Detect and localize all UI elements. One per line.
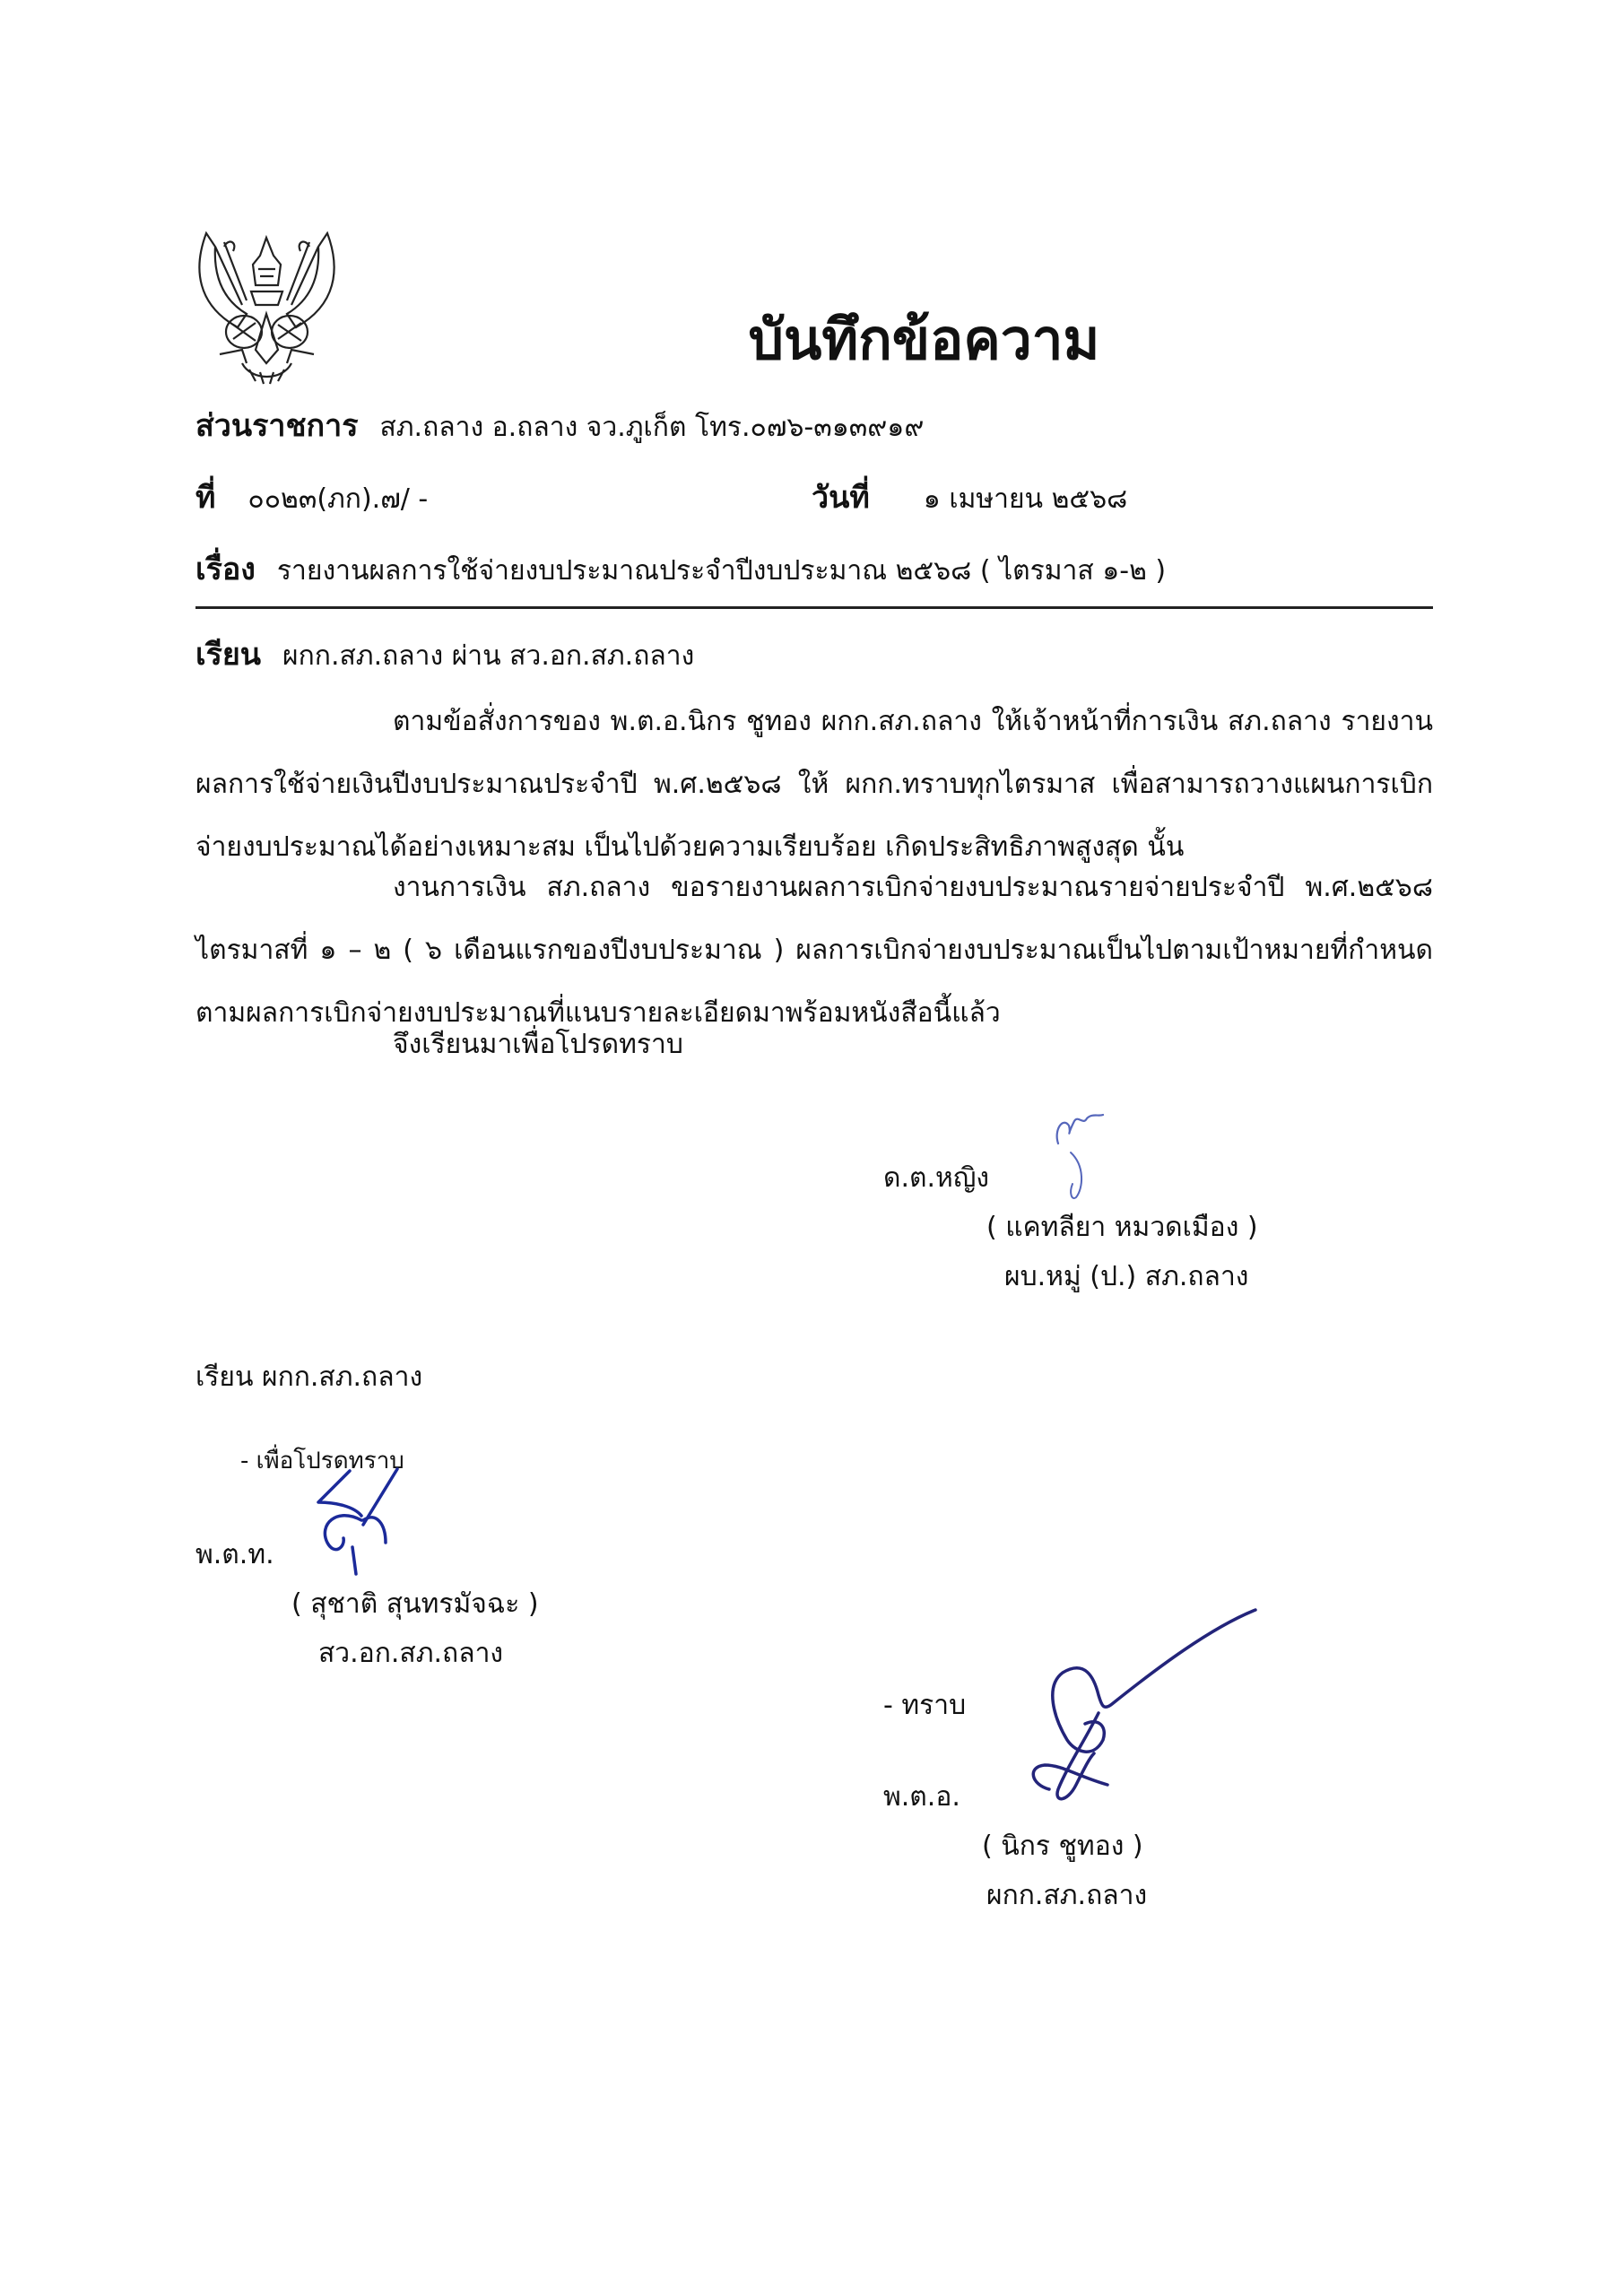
endorsement1-position: สว.อก.สภ.ถลาง (318, 1632, 503, 1674)
header-divider (195, 606, 1433, 609)
agency-value: สภ.ถลาง อ.ถลาง จว.ภูเก็ต โทร.๐๗๖-๓๑๓๙๑๙ (379, 412, 924, 443)
endorsement2-position: ผกก.สภ.ถลาง (986, 1874, 1147, 1917)
body-paragraph-1: ตามข้อสั่งการของ พ.ต.อ.นิกร ชูทอง ผกก.สภ… (195, 691, 1433, 879)
page-title: บันทึกข้อความ (0, 296, 1624, 384)
reference-label: ที่ (195, 480, 215, 516)
salutation-label: เรียน (195, 637, 261, 673)
salutation-value: ผกก.สภ.ถลาง ผ่าน สว.อก.สภ.ถลาง (282, 640, 694, 672)
signer1-name: ( แคทลียา หมวดเมือง ) (986, 1206, 1258, 1248)
endorsement2-name: ( นิกร ชูทอง ) (982, 1825, 1143, 1867)
body-paragraph-closing: จึงเรียนมาเพื่อโปรดทราบ (195, 1013, 1433, 1076)
endorsement2-note: - ทราบ (883, 1684, 966, 1726)
reference-line: ที่๐๐๒๓(ภก).๗/ - (195, 473, 428, 521)
date-value: ๑ เมษายน ๒๕๖๘ (924, 483, 1128, 515)
subject-label: เรื่อง (195, 552, 256, 587)
endorsement1-rank: พ.ต.ท. (195, 1534, 274, 1576)
date-line: วันที่๑ เมษายน ๒๕๖๘ (812, 473, 1127, 521)
salutation-line: เรียนผกก.สภ.ถลาง ผ่าน สว.อก.สภ.ถลาง (195, 630, 694, 678)
agency-line: ส่วนราชการสภ.ถลาง อ.ถลาง จว.ภูเก็ต โทร.๐… (195, 401, 924, 449)
signer1-position: ผบ.หมู่ (ป.) สภ.ถลาง (1004, 1256, 1248, 1298)
subject-line: เรื่องรายงานผลการใช้จ่ายงบประมาณประจำปีง… (195, 544, 1166, 593)
endorsement2-rank: พ.ต.อ. (883, 1776, 960, 1818)
subject-value: รายงานผลการใช้จ่ายงบประมาณประจำปีงบประมา… (277, 555, 1166, 587)
reference-value: ๐๐๒๓(ภก).๗/ - (248, 483, 428, 515)
signature-2 (309, 1453, 408, 1591)
signature-1 (1049, 1108, 1130, 1210)
date-label: วันที่ (812, 480, 870, 516)
endorsement1-to: เรียน ผกก.สภ.ถลาง (195, 1356, 422, 1398)
signer1-rank: ด.ต.หญิง (883, 1157, 989, 1199)
signature-3 (995, 1605, 1264, 1815)
agency-label: ส่วนราชการ (195, 408, 358, 444)
